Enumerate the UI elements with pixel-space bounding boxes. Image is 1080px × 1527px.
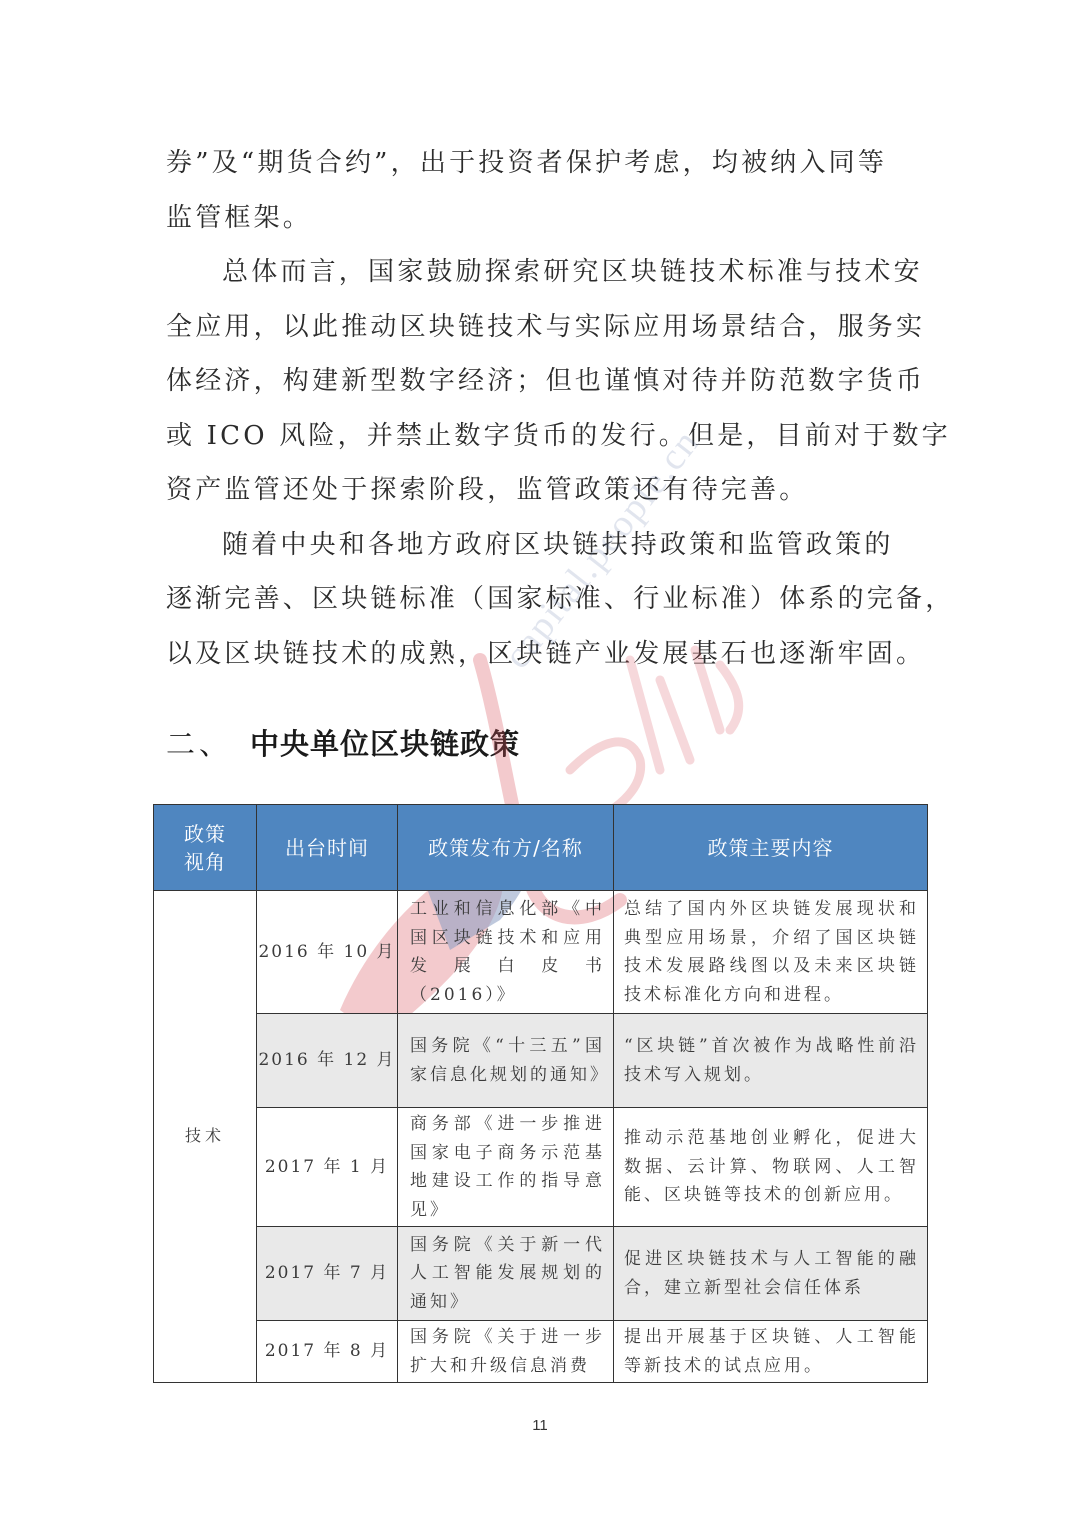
table-row: 2016 年 12 月 国务院《“十三五”国家信息化规划的通知》 “区块链”首次…	[154, 1014, 928, 1108]
text-line: 资产监管还处于探索阶段，监管政策还有待完善。	[166, 463, 918, 518]
text-line: 全应用，以此推动区块链技术与实际应用场景结合，服务实	[166, 300, 918, 355]
column-header-issuer: 政策发布方/名称	[398, 805, 614, 891]
content-cell: 总结了国内外区块链发展现状和典型应用场景，介绍了国区块链技术发展路线图以及未来区…	[614, 891, 928, 1014]
paragraph-2: 总体而言，国家鼓励探索研究区块链技术标准与技术安 全应用，以此推动区块链技术与实…	[166, 245, 918, 518]
issuer-cell: 国务院《关于进一步扩大和升级信息消费	[398, 1321, 614, 1383]
issuer-cell: 工业和信息化部《中国区块链技术和应用发展白皮书（2016）》	[398, 891, 614, 1014]
section-title: 中央单位区块链政策	[250, 727, 520, 761]
issuer-cell: 国务院《关于新一代人工智能发展规划的通知》	[398, 1227, 614, 1321]
policy-table: 政策 视角 出台时间 政策发布方/名称 政策主要内容 技术 2016 年 10 …	[153, 804, 928, 1383]
content-cell: 推动示范基地创业孵化，促进大数据、云计算、物联网、人工智能、区块链等技术的创新应…	[614, 1108, 928, 1227]
text-line: 体经济，构建新型数字经济；但也谨慎对待并防范数字货币	[166, 354, 918, 409]
table-row: 2017 年 1 月 商务部《进一步推进国家电子商务示范基地建设工作的指导意见》…	[154, 1108, 928, 1227]
body-text: 券”及“期货合约”，出于投资者保护考虑，均被纳入同等 监管框架。 总体而言，国家…	[166, 136, 918, 681]
section-number: 二、	[166, 727, 232, 761]
date-cell: 2016 年 12 月	[257, 1014, 398, 1108]
date-cell: 2017 年 1 月	[257, 1108, 398, 1227]
page-number: 11	[0, 1417, 1080, 1434]
text-line: 或 ICO 风险，并禁止数字货币的发行。但是，目前对于数字	[166, 409, 918, 464]
paragraph-3: 随着中央和各地方政府区块链扶持政策和监管政策的 逐渐完善、区块链标准（国家标准、…	[166, 518, 918, 682]
content-cell: 促进区块链技术与人工智能的融合，建立新型社会信任体系	[614, 1227, 928, 1321]
text-line: 随着中央和各地方政府区块链扶持政策和监管政策的	[166, 518, 918, 573]
text-line: 总体而言，国家鼓励探索研究区块链技术标准与技术安	[166, 245, 918, 300]
text-line: 券”及“期货合约”，出于投资者保护考虑，均被纳入同等	[166, 136, 918, 191]
date-cell: 2017 年 7 月	[257, 1227, 398, 1321]
paragraph-1: 券”及“期货合约”，出于投资者保护考虑，均被纳入同等 监管框架。	[166, 136, 918, 245]
issuer-cell: 商务部《进一步推进国家电子商务示范基地建设工作的指导意见》	[398, 1108, 614, 1227]
date-cell: 2016 年 10 月	[257, 891, 398, 1014]
column-header-perspective: 政策 视角	[154, 805, 257, 891]
text-line: 逐渐完善、区块链标准（国家标准、行业标准）体系的完备，	[166, 572, 918, 627]
column-header-content: 政策主要内容	[614, 805, 928, 891]
content-cell: “区块链”首次被作为战略性前沿技术写入规划。	[614, 1014, 928, 1108]
table-row: 2017 年 7 月 国务院《关于新一代人工智能发展规划的通知》 促进区块链技术…	[154, 1227, 928, 1321]
date-cell: 2017 年 8 月	[257, 1321, 398, 1383]
column-header-date: 出台时间	[257, 805, 398, 891]
table-row: 技术 2016 年 10 月 工业和信息化部《中国区块链技术和应用发展白皮书（2…	[154, 891, 928, 1014]
document-page: 券”及“期货合约”，出于投资者保护考虑，均被纳入同等 监管框架。 总体而言，国家…	[0, 0, 1080, 1527]
text-line: 以及区块链技术的成熟，区块链产业发展基石也逐渐牢固。	[166, 627, 918, 682]
table-row: 2017 年 8 月 国务院《关于进一步扩大和升级信息消费 提出开展基于区块链、…	[154, 1321, 928, 1383]
section-heading: 二、中央单位区块链政策	[166, 722, 520, 763]
table-header-row: 政策 视角 出台时间 政策发布方/名称 政策主要内容	[154, 805, 928, 891]
content-cell: 提出开展基于区块链、人工智能等新技术的试点应用。	[614, 1321, 928, 1383]
issuer-cell: 国务院《“十三五”国家信息化规划的通知》	[398, 1014, 614, 1108]
perspective-cell: 技术	[154, 891, 257, 1383]
text-line: 监管框架。	[166, 191, 918, 246]
